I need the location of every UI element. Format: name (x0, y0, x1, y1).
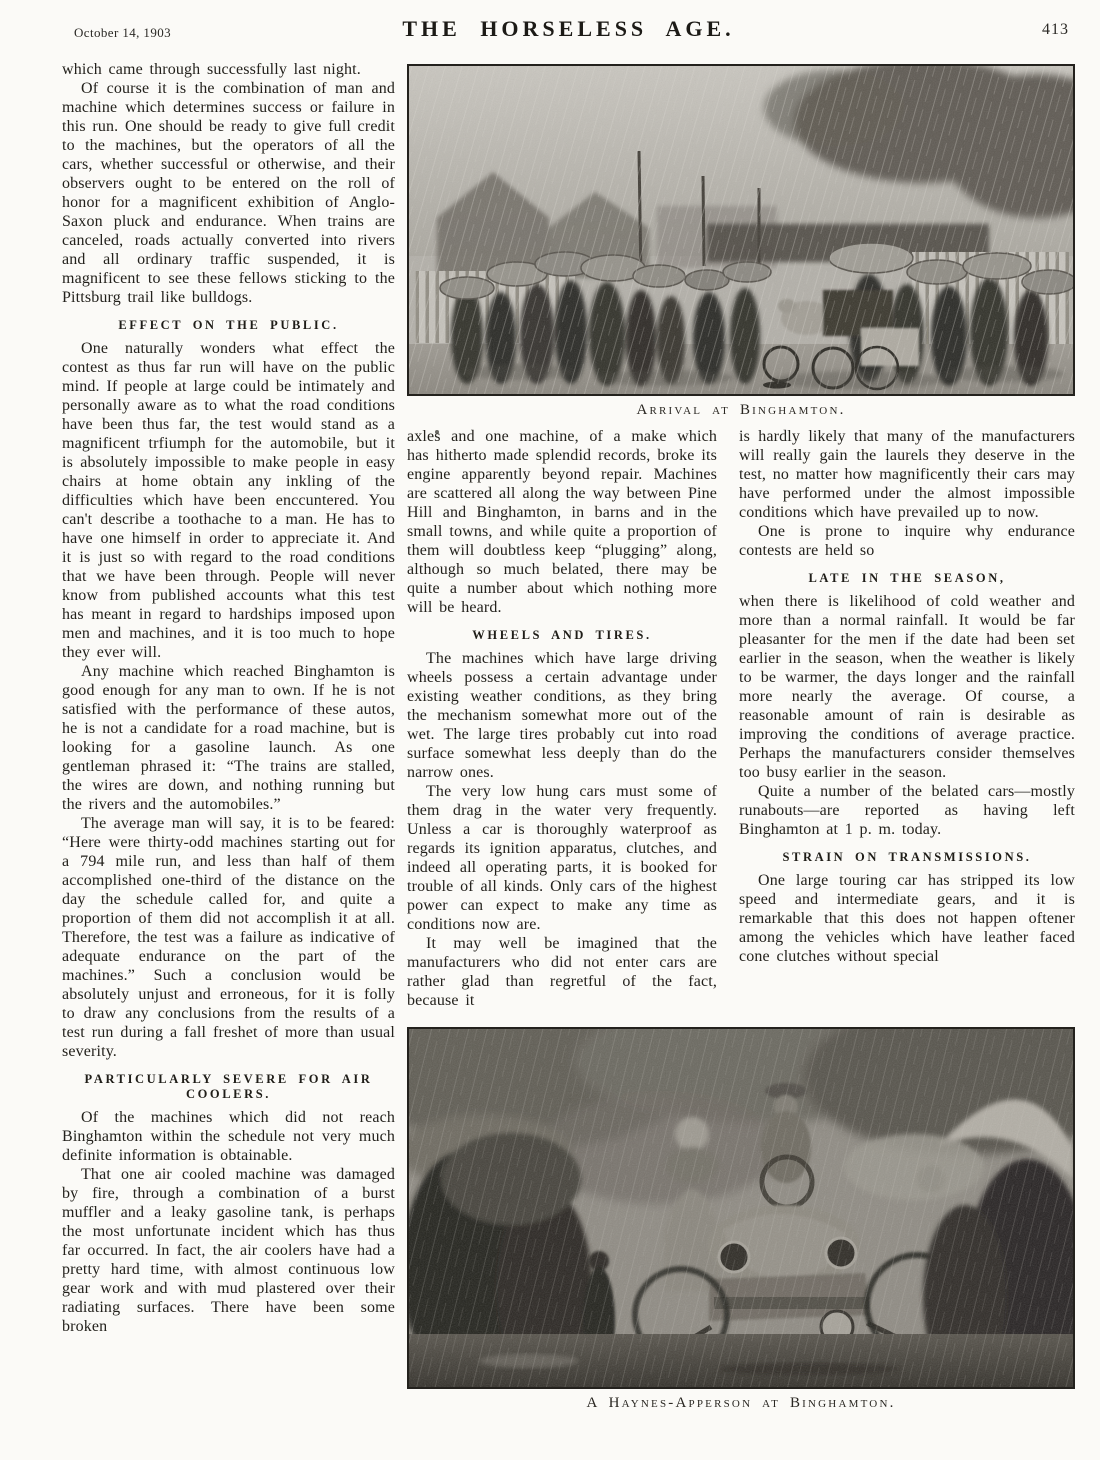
paragraph: One naturally wonders what effect the co… (62, 339, 395, 662)
section-heading-wheels-and-tires: WHEELS AND TIRES. (407, 628, 717, 643)
paragraph: One is prone to inquire why endurance co… (739, 522, 1075, 560)
paragraph: when there is likelihood of cold weather… (739, 592, 1075, 782)
right-region: Arrival at Binghamton. axles and one mac… (407, 60, 1075, 1420)
paragraph: That one air cooled machine was damaged … (62, 1165, 395, 1336)
magazine-page: October 14, 1903 THE HORSELESS AGE. 413 … (0, 0, 1100, 1460)
paragraph: Quite a number of the belated cars—mostl… (739, 782, 1075, 839)
paragraph: is hardly likely that many of the manufa… (739, 427, 1075, 522)
photo-caption-arrival: Arrival at Binghamton. (407, 396, 1075, 427)
paragraph: Of course it is the combination of man a… (62, 79, 395, 307)
paragraph: It may well be imagined that the manufac… (407, 934, 717, 1010)
paragraph: axles and one machine, of a make which h… (407, 427, 717, 617)
paragraph: The average man will say, it is to be fe… (62, 814, 395, 1061)
two-column-text: axles and one machine, of a make which h… (407, 427, 1075, 1027)
photo-arrival (407, 64, 1075, 396)
page-content: which came through successfully last nig… (62, 60, 1075, 1420)
photo-arrival-figure: Arrival at Binghamton. (407, 64, 1075, 427)
middle-column: axles and one machine, of a make which h… (407, 427, 717, 1027)
magazine-title: THE HORSELESS AGE. (62, 16, 1075, 42)
section-heading-strain-on-transmissions: STRAIN ON TRANSMISSIONS. (739, 850, 1075, 865)
haynes-photo-illustration (409, 1029, 1073, 1387)
page-header: October 14, 1903 THE HORSELESS AGE. 413 (62, 16, 1075, 50)
section-heading-late-in-the-season: LATE IN THE SEASON, (739, 571, 1075, 586)
left-column: which came through successfully last nig… (62, 60, 395, 1420)
paragraph: Of the machines which did not reach Bing… (62, 1108, 395, 1165)
section-heading-effect-on-the-public: EFFECT ON THE PUBLIC. (62, 318, 395, 333)
paragraph: The very low hung cars must some of them… (407, 782, 717, 934)
scan-artifact-dot (435, 430, 439, 434)
paragraph: which came through successfully last nig… (62, 60, 395, 79)
page-number: 413 (1042, 21, 1069, 39)
paragraph: One large touring car has stripped its l… (739, 871, 1075, 966)
photo-haynes-figure: A Haynes-Apperson at Binghamton. (407, 1027, 1075, 1420)
section-heading-air-coolers: PARTICULARLY SEVERE FOR AIR COOLERS. (62, 1072, 395, 1102)
photo-caption-haynes: A Haynes-Apperson at Binghamton. (407, 1389, 1075, 1420)
right-column: is hardly likely that many of the manufa… (739, 427, 1075, 1027)
paragraph: Any machine which reached Binghamton is … (62, 662, 395, 814)
photo-haynes (407, 1027, 1075, 1389)
paragraph: The machines which have large driving wh… (407, 649, 717, 782)
arrival-photo-illustration (409, 66, 1073, 394)
